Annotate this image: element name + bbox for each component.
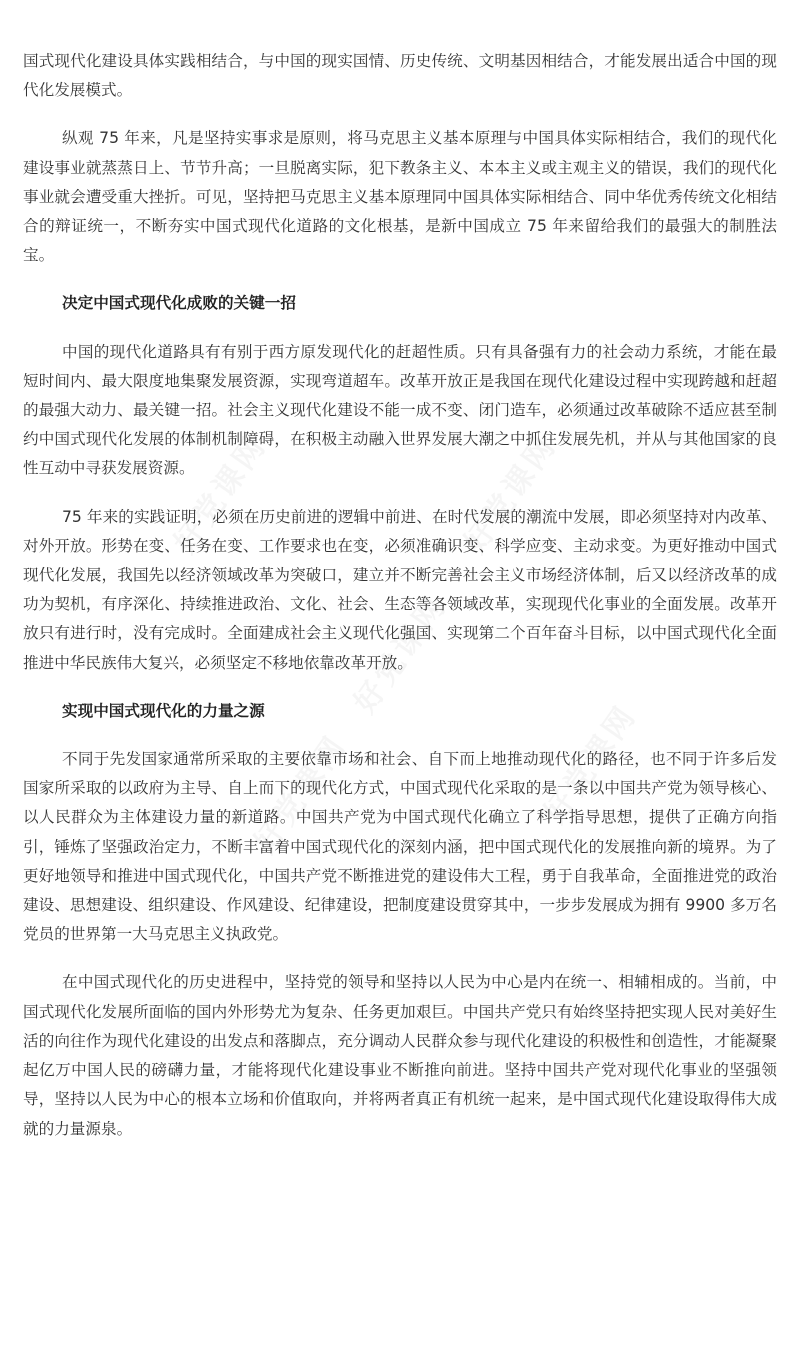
section-heading: 实现中国式现代化的力量之源 <box>23 697 777 726</box>
paragraph: 中国的现代化道路具有有别于西方原发现代化的赶超性质。只有具备强有力的社会动力系统… <box>23 338 777 484</box>
paragraph: 75 年来的实践证明，必须在历史前进的逻辑中前进、在时代发展的潮流中发展，即必须… <box>23 503 777 678</box>
article-body: 国式现代化建设具体实践相结合，与中国的现实国情、历史传统、文明基因相结合，才能发… <box>23 47 777 1163</box>
paragraph: 不同于先发国家通常所采取的主要依靠市场和社会、自下而上地推动现代化的路径，也不同… <box>23 745 777 949</box>
section-heading: 决定中国式现代化成败的关键一招 <box>23 289 777 318</box>
paragraph: 纵观 75 年来，凡是坚持实事求是原则，将马克思主义基本原理与中国具体实际相结合… <box>23 124 777 270</box>
paragraph-continuation: 国式现代化建设具体实践相结合，与中国的现实国情、历史传统、文明基因相结合，才能发… <box>23 47 777 105</box>
paragraph: 在中国式现代化的历史进程中，坚持党的领导和坚持以人民为中心是内在统一、相辅相成的… <box>23 968 777 1143</box>
